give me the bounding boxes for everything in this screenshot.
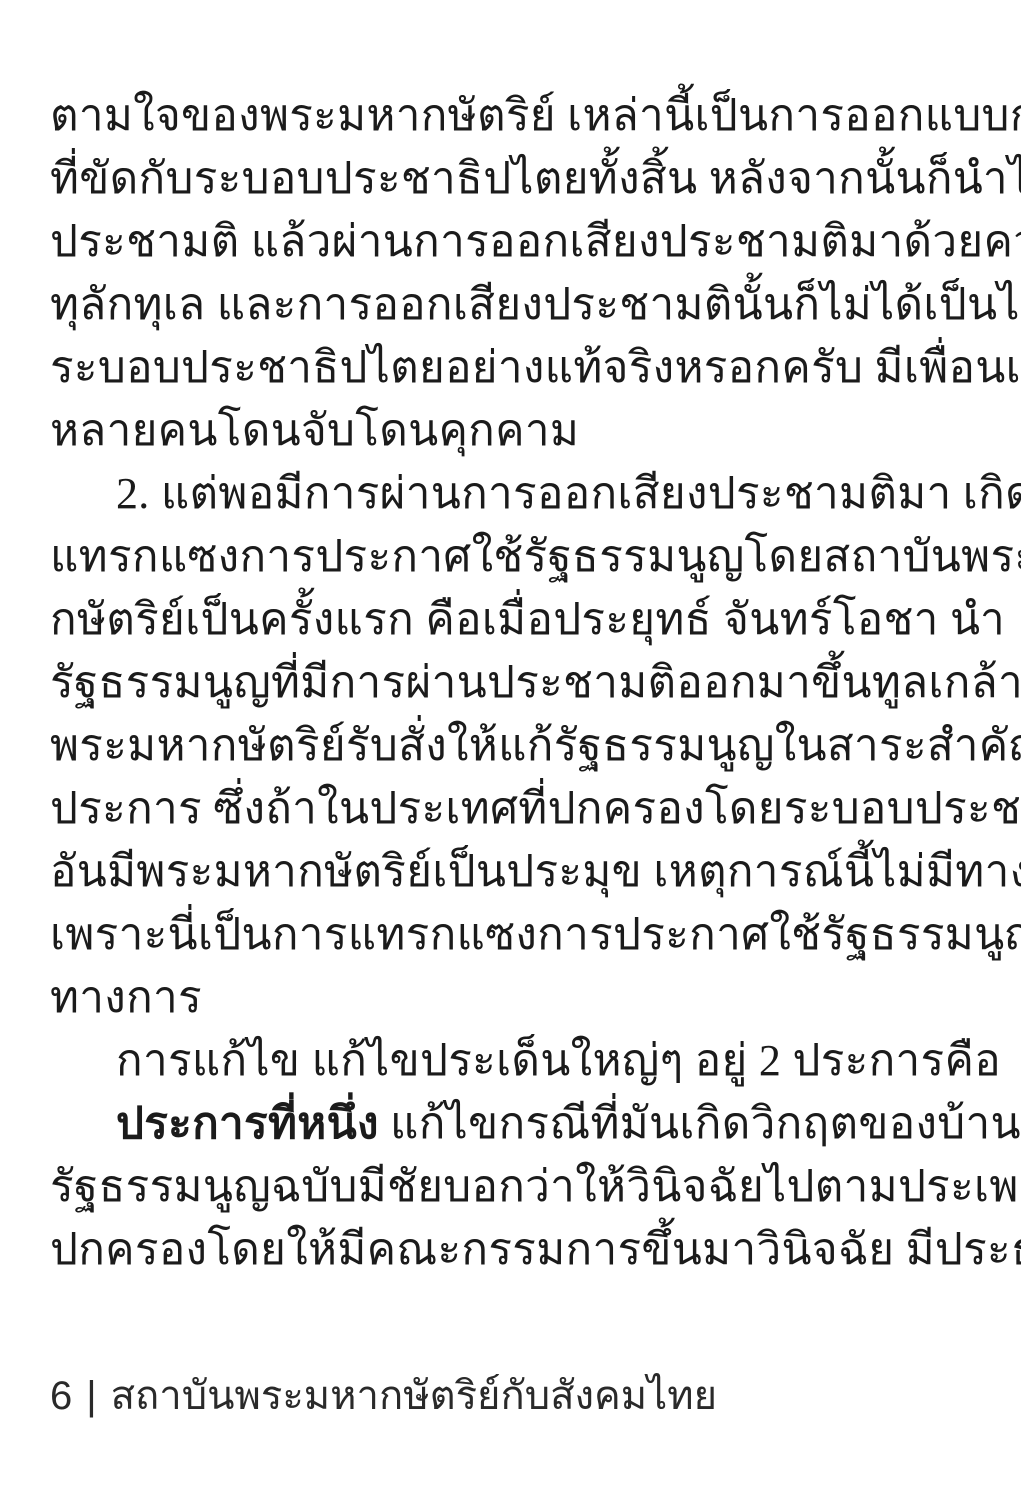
- bold-text-run: ประการที่หนึ่ง: [116, 1099, 379, 1148]
- page-number: 6: [50, 1374, 72, 1418]
- text-line: ทางการ: [50, 966, 930, 1029]
- text-line: ที่ขัดกับระบอบประชาธิปไตยทั้งสิ้น หลังจา…: [50, 147, 930, 210]
- page-footer: 6|สถาบันพระมหากษัตริย์กับสังคมไทย: [50, 1372, 717, 1420]
- book-title: สถาบันพระมหากษัตริย์กับสังคมไทย: [111, 1374, 717, 1418]
- text-run: แทรกแซงการประกาศใช้รัฐธรรมนูญโดยสถาบันพร…: [50, 532, 1021, 581]
- text-line: ทุลักทุเล และการออกเสียงประชามตินั้นก็ไม…: [50, 273, 930, 336]
- text-run: ระบอบประชาธิปไตยอย่างแท้จริงหรอกครับ มีเ…: [50, 343, 1021, 392]
- text-run: เพราะนี่เป็นการแทรกแซงการประกาศใช้รัฐธรร…: [50, 910, 1021, 959]
- text-line: ประการที่หนึ่ง แก้ไขกรณีที่มันเกิดวิกฤตข…: [50, 1092, 930, 1155]
- text-run: ประชามติ แล้วผ่านการออกเสียงประชามติมาด้…: [50, 217, 1021, 266]
- text-line: รัฐธรรมนูญฉบับมีชัยบอกว่าให้วินิจฉัยไปตา…: [50, 1155, 930, 1218]
- text-line: ระบอบประชาธิปไตยอย่างแท้จริงหรอกครับ มีเ…: [50, 336, 930, 399]
- text-run: พระมหากษัตริย์รับสั่งให้แก้รัฐธรรมนูญในส…: [50, 721, 1021, 770]
- text-line: อันมีพระมหากษัตริย์เป็นประมุข เหตุการณ์น…: [50, 840, 930, 903]
- text-run: รัฐธรรมนูญที่มีการผ่านประชามติออกมาขึ้นท…: [50, 658, 1021, 707]
- text-run: หลายคนโดนจับโดนคุกคาม: [50, 406, 579, 455]
- text-line: กษัตริย์เป็นครั้งแรก คือเมื่อประยุทธ์ จั…: [50, 588, 930, 651]
- text-line: ตามใจของพระมหากษัตริย์ เหล่านี้เป็นการออ…: [50, 84, 930, 147]
- text-run: ปกครองโดยให้มีคณะกรรมการขึ้นมาวินิจฉัย ม…: [50, 1225, 1021, 1274]
- text-run: แก้ไขกรณีที่มันเกิดวิกฤตของบ้านเมือง: [379, 1099, 1021, 1148]
- text-run: รัฐธรรมนูญฉบับมีชัยบอกว่าให้วินิจฉัยไปตา…: [50, 1162, 1021, 1211]
- text-line: การแก้ไข แก้ไขประเด็นใหญ่ๆ อยู่ 2 ประการ…: [50, 1029, 930, 1092]
- text-line: ประการ ซึ่งถ้าในประเทศที่ปกครองโดยระบอบป…: [50, 777, 930, 840]
- text-run: ทางการ: [50, 973, 202, 1022]
- text-line: หลายคนโดนจับโดนคุกคาม: [50, 399, 930, 462]
- text-run: ที่ขัดกับระบอบประชาธิปไตยทั้งสิ้น หลังจา…: [50, 154, 1021, 203]
- text-line: ประชามติ แล้วผ่านการออกเสียงประชามติมาด้…: [50, 210, 930, 273]
- text-run: อันมีพระมหากษัตริย์เป็นประมุข เหตุการณ์น…: [50, 847, 1021, 896]
- footer-separator: |: [86, 1372, 96, 1420]
- text-run: ตามใจของพระมหากษัตริย์ เหล่านี้เป็นการออ…: [50, 91, 1021, 140]
- text-run: 2. แต่พอมีการผ่านการออกเสียงประชามติมา เ…: [116, 469, 1021, 518]
- text-line: 2. แต่พอมีการผ่านการออกเสียงประชามติมา เ…: [50, 462, 930, 525]
- text-block: ตามใจของพระมหากษัตริย์ เหล่านี้เป็นการออ…: [50, 84, 930, 1281]
- text-run: กษัตริย์เป็นครั้งแรก คือเมื่อประยุทธ์ จั…: [50, 595, 1005, 644]
- text-line: แทรกแซงการประกาศใช้รัฐธรรมนูญโดยสถาบันพร…: [50, 525, 930, 588]
- text-line: ปกครองโดยให้มีคณะกรรมการขึ้นมาวินิจฉัย ม…: [50, 1218, 930, 1281]
- text-run: ทุลักทุเล และการออกเสียงประชามตินั้นก็ไม…: [50, 280, 1021, 329]
- text-run: การแก้ไข แก้ไขประเด็นใหญ่ๆ อยู่ 2 ประการ…: [116, 1036, 1001, 1085]
- text-line: เพราะนี่เป็นการแทรกแซงการประกาศใช้รัฐธรร…: [50, 903, 930, 966]
- text-line: รัฐธรรมนูญที่มีการผ่านประชามติออกมาขึ้นท…: [50, 651, 930, 714]
- book-page: ตามใจของพระมหากษัตริย์ เหล่านี้เป็นการออ…: [0, 0, 1021, 1496]
- text-run: ประการ ซึ่งถ้าในประเทศที่ปกครองโดยระบอบป…: [50, 784, 1021, 833]
- text-line: พระมหากษัตริย์รับสั่งให้แก้รัฐธรรมนูญในส…: [50, 714, 930, 777]
